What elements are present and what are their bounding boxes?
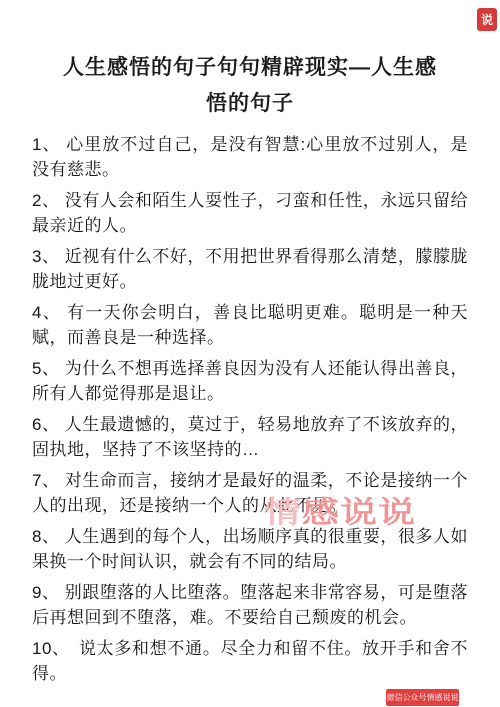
quote-item-3: 3、 近视有什么不好，不用把世界看得那么清楚，朦朦胧胧地过更好。: [32, 244, 468, 294]
quote-list: 1、 心里放不过自己，是没有智慧:心里放不过别人，是没有慈悲。 2、 没有人会和…: [32, 132, 468, 686]
quote-item-9: 9、 别跟堕落的人比堕落。堕落起来非常容易，可是堕落后再想回到不堕落，难。不要给…: [32, 580, 468, 630]
quote-item-6: 6、 人生最遗憾的，莫过于，轻易地放弃了不该放弃的，固执地，坚持了不该坚持的…: [32, 412, 468, 462]
quote-card-page: { "page": { "background": "#ffffff", "te…: [0, 0, 500, 707]
quote-item-5: 5、 为什么不想再选择善良因为没有人还能认得出善良，所有人都觉得那是退让。: [32, 356, 468, 406]
quote-item-8: 8、 人生遇到的每个人，出场顺序真的很重要，很多人如果换一个时间认识，就会有不同…: [32, 524, 468, 574]
brand-logo-badge: 说: [477, 8, 497, 31]
quote-item-2: 2、 没有人会和陌生人耍性子，刁蛮和任性，永远只留给最亲近的人。: [32, 188, 468, 238]
quote-item-4: 4、 有一天你会明白，善良比聪明更难。聪明是一种天赋，而善良是一种选择。: [32, 300, 468, 350]
wechat-account-badge: 微信公众号情感说说: [386, 689, 459, 706]
quote-item-7: 7、 对生命而言，接纳才是最好的温柔，不论是接纳一个人的出现，还是接纳一个人的从…: [32, 468, 468, 518]
quote-item-1: 1、 心里放不过自己，是没有智慧:心里放不过别人，是没有慈悲。: [32, 132, 468, 182]
quote-item-10: 10、 说太多和想不通。尽全力和留不住。放开手和舍不得。: [32, 636, 468, 686]
page-title: 人生感悟的句子句句精辟现实—人生感悟的句子: [54, 50, 446, 122]
